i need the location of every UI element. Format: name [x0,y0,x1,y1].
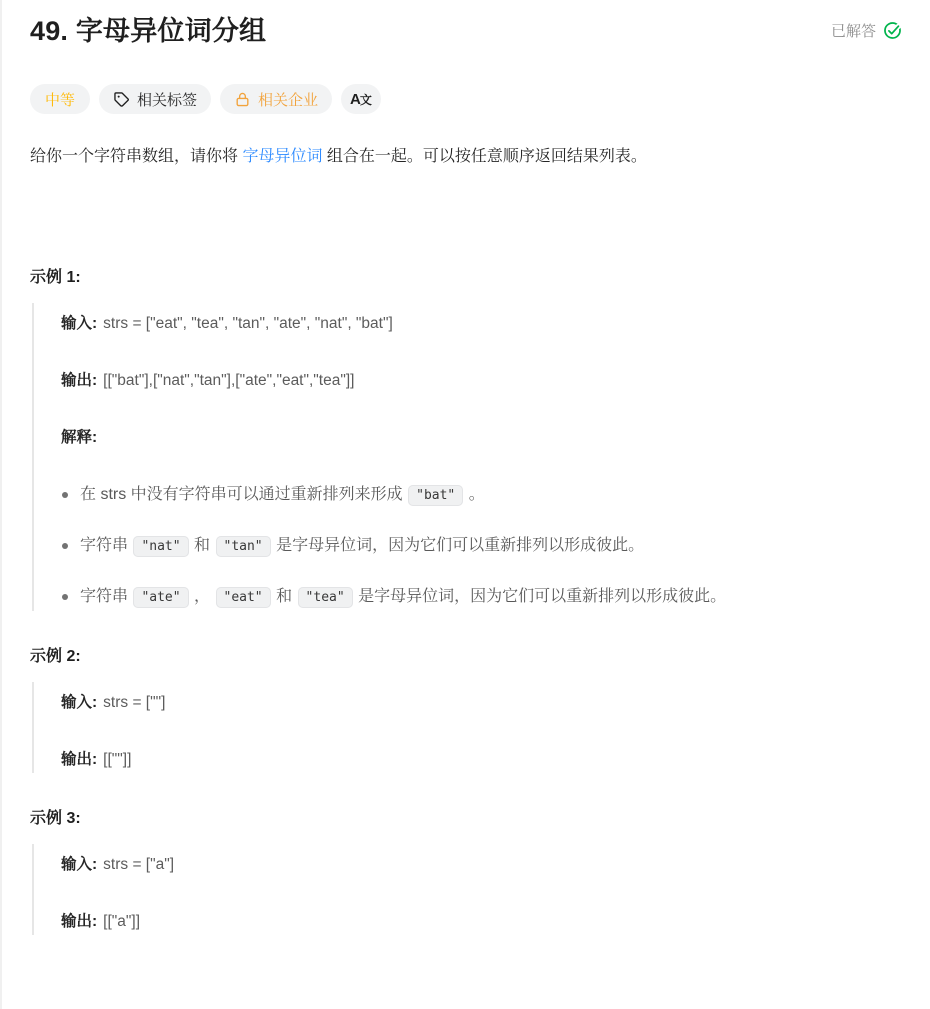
inline-code-chip: "eat" [216,587,271,608]
example-section: 示例 1:输入:strs = ["eat", "tea", "tan", "at… [30,264,902,611]
statement-text-before: 给你一个字符串数组，请你将 [30,148,242,165]
examples-container: 示例 1:输入:strs = ["eat", "tea", "tan", "at… [30,264,902,935]
translate-icon: A文 [350,91,372,108]
inline-code-chip: "ate" [133,587,188,608]
example-row: 输入:strs = ["a"] [61,852,902,878]
problem-description-panel: 49. 字母异位词分组 已解答 中等 相关标签 [0,0,930,1009]
example-row: 输入:strs = [""] [61,690,902,716]
example-section: 示例 2:输入:strs = [""]输出:[[""]] [30,643,902,773]
problem-statement: 给你一个字符串数组，请你将 字母异位词 组合在一起。可以按任意顺序返回结果列表。 [30,144,902,170]
check-circle-icon [883,21,902,40]
related-companies-button[interactable]: 相关企业 [220,84,332,114]
explanation-item: 在 strs 中没有字符串可以通过重新排列来形成 "bat" 。 [61,482,861,509]
statement-text-after: 组合在一起。可以按任意顺序返回结果列表。 [322,148,646,165]
anagram-definition-link[interactable]: 字母异位词 [242,148,322,165]
example-block: 输入:strs = [""]输出:[[""]] [32,682,902,773]
example-row: 输出:[["bat"],["nat","tan"],["ate","eat","… [61,368,902,394]
inline-code-chip: "bat" [408,485,463,506]
example-row-value: [["bat"],["nat","tan"],["ate","eat","tea… [103,372,354,389]
example-section: 示例 3:输入:strs = ["a"]输出:[["a"]] [30,805,902,935]
explanation-item: 字符串 "nat" 和 "tan" 是字母异位词，因为它们可以重新排列以形成彼此… [61,533,861,560]
explanation-item: 字符串 "ate" ， "eat" 和 "tea" 是字母异位词，因为它们可以重… [61,584,861,611]
tag-icon [113,91,130,108]
example-row-value: strs = ["a"] [103,856,174,873]
title-row: 49. 字母异位词分组 已解答 [30,0,902,48]
example-row-label: 输出: [61,913,97,930]
inline-code-chip: "tan" [216,536,271,557]
related-tags-label: 相关标签 [137,89,197,110]
example-row: 输出:[["a"]] [61,909,902,935]
related-tags-button[interactable]: 相关标签 [99,84,211,114]
solved-label: 已解答 [831,20,876,41]
example-row: 解释: [61,425,902,451]
example-explanation-list: 在 strs 中没有字符串可以通过重新排列来形成 "bat" 。字符串 "nat… [61,482,902,611]
inline-code-chip: "tea" [298,587,353,608]
example-row-value: [["a"]] [103,913,140,930]
example-row-label: 输出: [61,751,97,768]
example-block: 输入:strs = ["eat", "tea", "tan", "ate", "… [32,303,902,611]
example-row-value: strs = [""] [103,694,165,711]
page-title: 49. 字母异位词分组 [30,14,266,48]
example-heading: 示例 3: [30,805,902,828]
example-row-label: 输入: [61,694,97,711]
solved-status-badge[interactable]: 已解答 [831,20,902,41]
example-row: 输入:strs = ["eat", "tea", "tan", "ate", "… [61,311,902,337]
example-row-label: 输出: [61,372,97,389]
related-companies-label: 相关企业 [258,89,318,110]
example-row-label: 输入: [61,315,97,332]
example-row-value: [[""]] [103,751,131,768]
tags-row: 中等 相关标签 相关企业 A文 [30,84,902,114]
inline-code-chip: "nat" [133,536,188,557]
example-row-label: 解释: [61,429,97,446]
example-heading: 示例 1: [30,264,902,287]
translate-toggle-button[interactable]: A文 [341,84,381,114]
example-row-value: strs = ["eat", "tea", "tan", "ate", "nat… [103,315,393,332]
example-block: 输入:strs = ["a"]输出:[["a"]] [32,844,902,935]
example-row-label: 输入: [61,856,97,873]
example-heading: 示例 2: [30,643,902,666]
lock-icon [234,91,251,108]
example-row: 输出:[[""]] [61,747,902,773]
difficulty-badge[interactable]: 中等 [30,84,90,114]
